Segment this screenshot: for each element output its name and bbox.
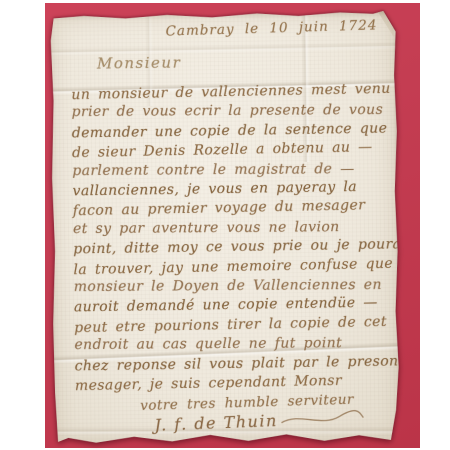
- red-mat: Cambray le 10 juin 1724 Monsieur un mons…: [45, 3, 420, 448]
- signature: J. f. de Thuin: [154, 411, 278, 435]
- dateline: Cambray le 10 juin 1724: [165, 17, 377, 39]
- letter-paper-wrap: Cambray le 10 juin 1724 Monsieur un mons…: [49, 11, 400, 444]
- signature-flourish: [279, 407, 366, 430]
- letter-paper: Cambray le 10 juin 1724 Monsieur un mons…: [49, 11, 400, 444]
- letter-body: un monsieur de vallenciennes mest venu p…: [71, 81, 392, 395]
- salutation: Monsieur: [97, 54, 181, 73]
- dogear-fold: [377, 11, 393, 37]
